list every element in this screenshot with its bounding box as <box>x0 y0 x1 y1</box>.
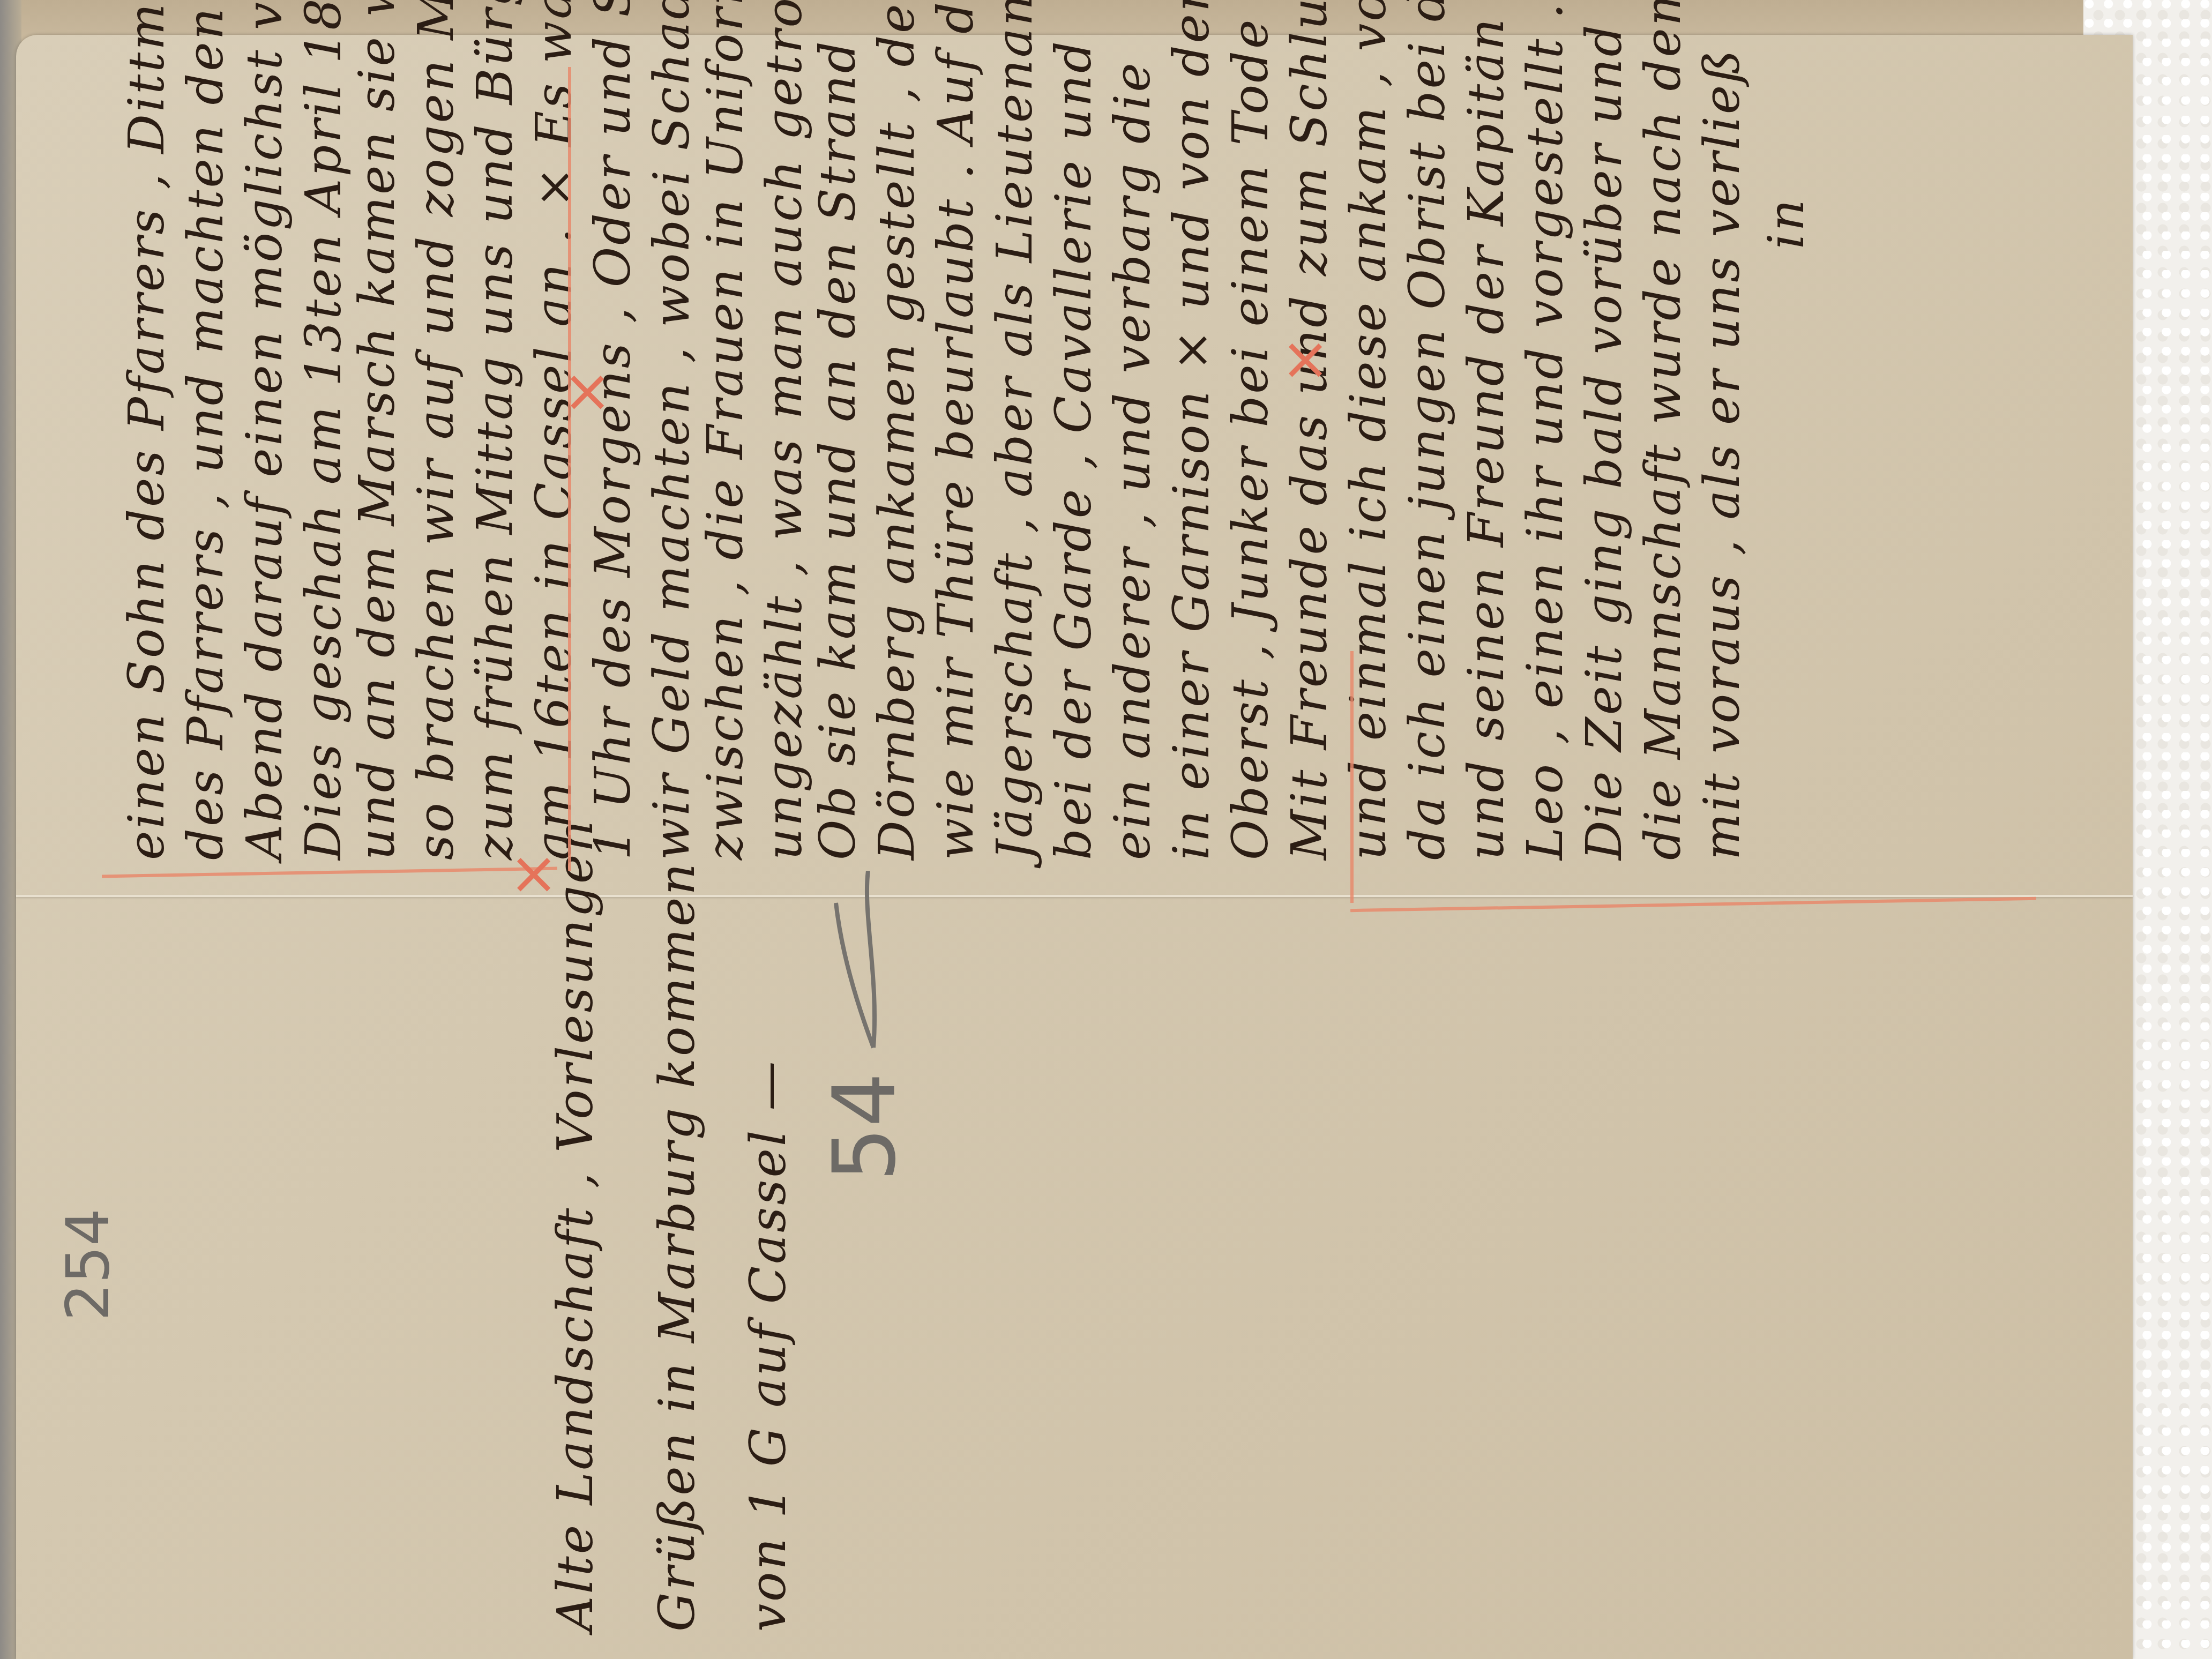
text-line: Abend darauf einen möglichst vergnügt , <box>236 0 293 860</box>
text-line: und einmal ich diese ankam , vorbereitet <box>1340 0 1397 860</box>
text-line: ungezählt , was man auch getrost . <box>756 0 813 860</box>
text-line: in <box>1758 197 1815 249</box>
text-line: Mit Freunde das und zum Schluss , <box>1281 0 1338 860</box>
text-line: wie mir Thüre beurlaubt . Auf die <box>927 0 984 860</box>
text-line: und an dem Marsch kamen sie weiter ; <box>348 0 406 860</box>
text-line: am 16ten in Cassel an . × Es war <box>525 0 582 860</box>
left-note-line-2: Grüßen in Marburg kommen <box>648 861 706 1632</box>
red-cross-mark: × <box>563 356 612 425</box>
red-bracket-line-2 <box>1350 897 2036 912</box>
red-bracket-line-1 <box>102 867 557 878</box>
text-line: mit voraus , als er uns verließ <box>1693 48 1751 860</box>
text-line: und seinen Freund der Kapitän <box>1458 17 1515 860</box>
text-line: 1 Uhr des Morgens , Oder und Städte <box>584 0 641 860</box>
red-vertical-line-2 <box>1350 651 1354 903</box>
text-line: die Mannschaft wurde nach dem <box>1634 0 1692 860</box>
red-cross-mark: × <box>1281 324 1330 393</box>
archive-number: 254 <box>54 1208 122 1321</box>
text-line: Ob sie kam und an den Strand <box>809 39 866 860</box>
text-line: bei der Garde , Cavallerie und <box>1045 39 1102 860</box>
text-line: zwischen , die Frauen in Uniform <box>697 0 754 860</box>
text-line: ein anderer , und verbarg die <box>1104 61 1161 860</box>
text-line: Die Zeit ging bald vorüber und <box>1575 23 1633 860</box>
text-line: wir Geld machten , wobei Schaden <box>643 0 700 860</box>
text-line: einen Sohn des Pfarrers , Dittmar <box>118 0 175 860</box>
left-note-line-1: Alte Landschaft , Vorlesungen <box>547 818 604 1632</box>
text-line: so brachen wir auf und zogen Morgen , <box>407 0 465 860</box>
text-line: Leo , einen ihr und vorgestellt . <box>1516 1 1574 860</box>
page-fold-crease <box>16 895 2133 897</box>
text-line: in einer Garnison × und von der <box>1163 0 1220 860</box>
pencil-scribble <box>831 871 895 1096</box>
text-line: Jägerschaft , aber als Lieutenant <box>986 0 1043 860</box>
red-cross-mark: × <box>509 839 558 907</box>
text-line: Oberst , Junker bei einem Tode war , <box>1222 0 1279 860</box>
left-note-line-3: von 1 G auf Cassel — <box>739 1059 797 1632</box>
red-vertical-line-1 <box>568 67 571 871</box>
text-line: zum frühen Mittag uns und Bürgern <box>466 0 524 860</box>
text-line: da ich einen jungen Obrist bei der <box>1399 0 1456 860</box>
text-line: Dies geschah am 13ten April 1809 ; <box>295 0 352 860</box>
text-line: Dörnberg ankamen gestellt , der <box>868 0 925 860</box>
document-page: 254 54 Alte Landschaft , Vorlesungen Grü… <box>16 35 2133 1659</box>
text-line: des Pfarrers , und machten den <box>177 6 234 860</box>
